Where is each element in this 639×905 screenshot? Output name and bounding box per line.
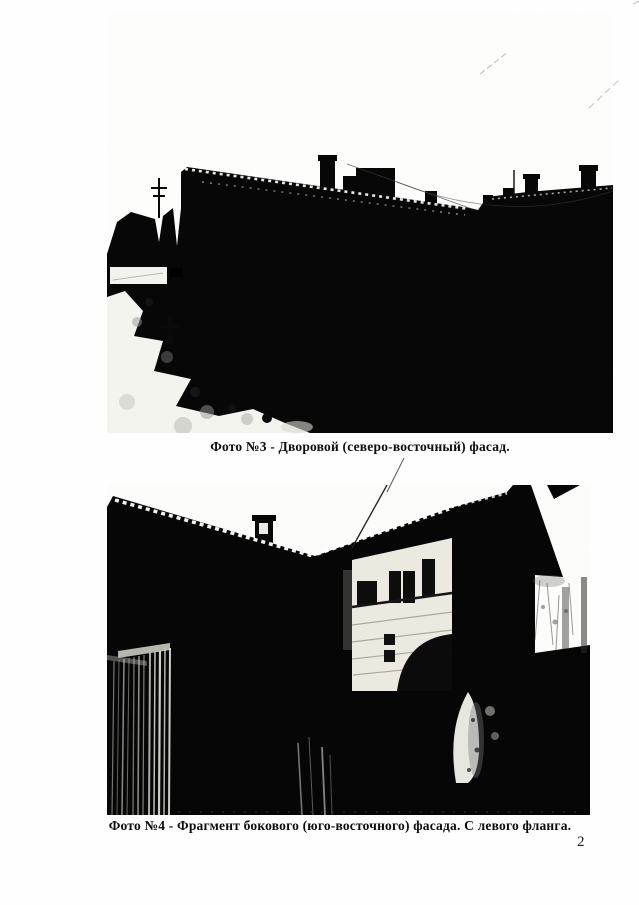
photo-3-image (107, 12, 613, 433)
document-page: Фото №3 - Дворовой (северо-восточный) фа… (0, 0, 639, 905)
photo-4-caption: Фото №4 - Фрагмент бокового (юго-восточн… (70, 818, 610, 834)
corner-speck (633, 1, 639, 4)
figure-photo-4 (107, 485, 590, 815)
scan-grain (107, 12, 613, 433)
figure-photo-3 (107, 12, 613, 433)
photo-3-caption: Фото №3 - Дворовой (северо-восточный) фа… (107, 439, 613, 455)
photo-4-image (107, 485, 590, 815)
scan-grain (107, 485, 590, 815)
page-number: 2 (577, 834, 601, 851)
